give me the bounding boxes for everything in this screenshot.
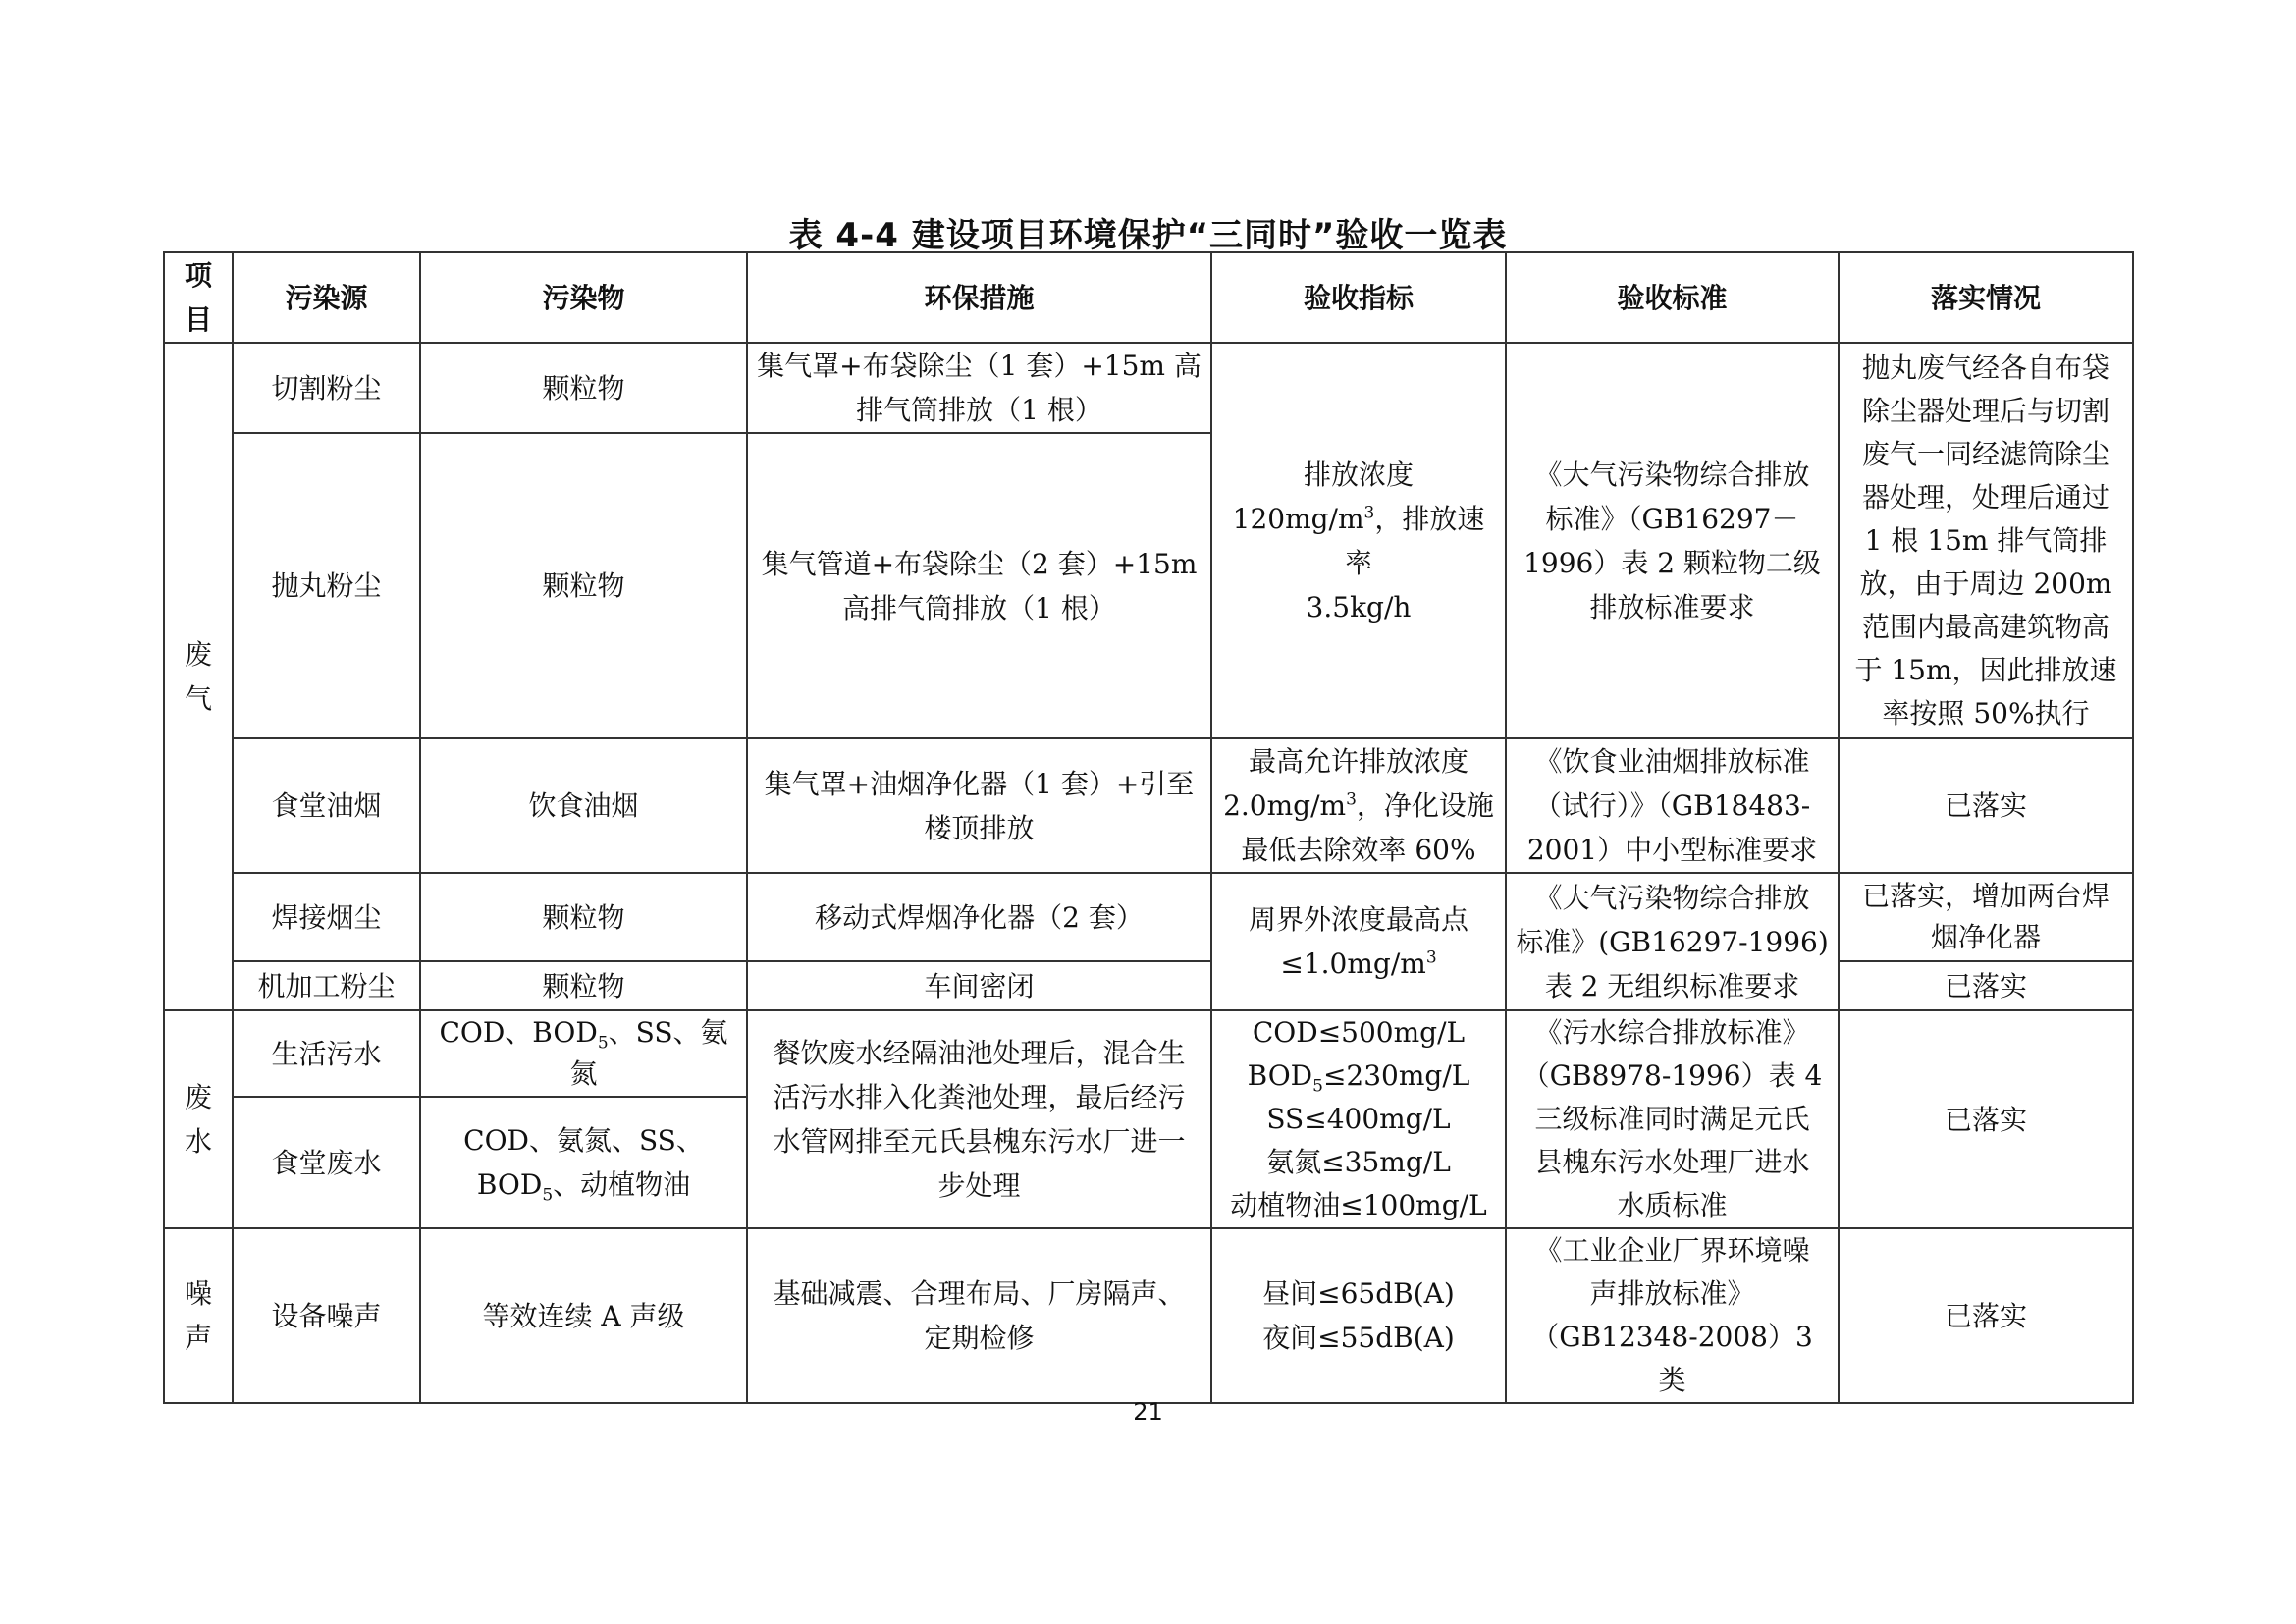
pollutant-cell: 颗粒物 (420, 961, 747, 1010)
standard-cell: 《污水综合排放标准》 （GB8978-1996）表 4 三级标准同时满足元氏 县… (1506, 1010, 1839, 1228)
measures-cell: 集气罩+布袋除尘（1 套）+15m 高 排气筒排放（1 根） (747, 343, 1211, 433)
table-row: 食堂油烟 饮食油烟 集气罩+油烟净化器（1 套）+引至 楼顶排放 最高允许排放浓… (164, 738, 2133, 873)
pollutant-cell: COD、BOD5、SS、氨 氮 (420, 1010, 747, 1097)
subscript: 5 (598, 1034, 609, 1054)
indicator-line: 最高允许排放浓度 (1249, 745, 1468, 778)
indicator-line: 动植物油≤100mg/L (1230, 1189, 1486, 1221)
source-cell: 食堂废水 (233, 1097, 420, 1228)
indicator-cell: 排放浓度 120mg/m3，排放速率 3.5kg/h (1211, 343, 1506, 738)
source-cell: 生活污水 (233, 1010, 420, 1097)
indicator-cell: COD≤500mg/L BOD5≤230mg/L SS≤400mg/L 氨氮≤3… (1211, 1010, 1506, 1228)
table-row: 机加工粉尘 颗粒物 车间密闭 已落实 (164, 961, 2133, 1010)
status-cell: 已落实 (1839, 738, 2133, 873)
group-waste-gas: 废 气 (164, 343, 233, 1010)
pollutant-cell: 颗粒物 (420, 873, 747, 961)
measures-cell: 集气罩+油烟净化器（1 套）+引至 楼顶排放 (747, 738, 1211, 873)
status-cell: 已落实 (1839, 961, 2133, 1010)
standard-cell: 《工业企业厂界环境噪 声排放标准》 （GB12348-2008）3 类 (1506, 1228, 1839, 1403)
superscript: 3 (1426, 948, 1437, 968)
page-number: 21 (0, 1398, 2296, 1426)
measures-cell: 车间密闭 (747, 961, 1211, 1010)
measures-cell: 移动式焊烟净化器（2 套） (747, 873, 1211, 961)
indicator-line: COD≤500mg/L (1253, 1016, 1465, 1049)
source-cell: 焊接烟尘 (233, 873, 420, 961)
subscript: 5 (1312, 1077, 1323, 1097)
standard-cell: 《大气污染物综合排放 标准》(GB16297-1996) 表 2 无组织标准要求 (1506, 873, 1839, 1010)
indicator-cell: 昼间≤65dB(A) 夜间≤55dB(A) (1211, 1228, 1506, 1403)
indicator-line: 氨氮≤35mg/L (1266, 1146, 1451, 1178)
header-measures: 环保措施 (747, 252, 1211, 343)
pollutant-cell: COD、氨氮、SS、 BOD5、动植物油 (420, 1097, 747, 1228)
indicator-cell: 周界外浓度最高点 ≤1.0mg/m3 (1211, 873, 1506, 1010)
source-cell: 抛丸粉尘 (233, 433, 420, 738)
indicator-line: 2.0mg/m (1223, 789, 1346, 822)
table-row: 噪 声 设备噪声 等效连续 A 声级 基础减震、合理布局、厂房隔声、 定期检修 … (164, 1228, 2133, 1403)
status-cell: 已落实 (1839, 1228, 2133, 1403)
superscript: 3 (1364, 503, 1375, 522)
subscript: 5 (542, 1186, 553, 1206)
indicator-line: 最低去除效率 60% (1241, 834, 1475, 866)
pollutant-cell: 颗粒物 (420, 343, 747, 433)
indicator-line: BOD (1248, 1059, 1313, 1092)
indicator-line: SS≤400mg/L (1266, 1103, 1450, 1135)
indicator-cell: 最高允许排放浓度 2.0mg/m3，净化设施 最低去除效率 60% (1211, 738, 1506, 873)
indicator-line: 3.5kg/h (1307, 591, 1412, 623)
pollutant-text: 、动植物油 (553, 1168, 690, 1201)
header-status: 落实情况 (1839, 252, 2133, 343)
source-cell: 机加工粉尘 (233, 961, 420, 1010)
indicator-line: ，净化设施 (1357, 789, 1494, 822)
header-pollutant: 污染物 (420, 252, 747, 343)
superscript: 3 (1346, 790, 1357, 810)
measures-cell: 集气管道+布袋除尘（2 套）+15m 高排气筒排放（1 根） (747, 433, 1211, 738)
status-cell: 抛丸废气经各自布袋 除尘器处理后与切割 废气一同经滤筒除尘 器处理，处理后通过 … (1839, 343, 2133, 738)
measures-cell: 基础减震、合理布局、厂房隔声、 定期检修 (747, 1228, 1211, 1403)
indicator-line: ≤1.0mg/m (1280, 947, 1425, 980)
status-cell: 已落实 (1839, 1010, 2133, 1228)
source-cell: 食堂油烟 (233, 738, 420, 873)
acceptance-table: 项 目 污染源 污染物 环保措施 验收指标 验收标准 落实情况 废 气 切割粉尘… (163, 251, 2134, 1404)
indicator-line: ≤230mg/L (1323, 1059, 1469, 1092)
group-noise: 噪 声 (164, 1228, 233, 1403)
status-cell: 已落实，增加两台焊 烟净化器 (1839, 873, 2133, 961)
standard-cell: 《饮食业油烟排放标准 （试行）》（GB18483- 2001）中小型标准要求 (1506, 738, 1839, 873)
pollutant-cell: 颗粒物 (420, 433, 747, 738)
indicator-line: 120mg/m (1233, 503, 1364, 535)
header-row: 项 目 污染源 污染物 环保措施 验收指标 验收标准 落实情况 (164, 252, 2133, 343)
header-indicator: 验收指标 (1211, 252, 1506, 343)
pollutant-text: COD、BOD (439, 1016, 597, 1049)
header-category: 项 目 (164, 252, 233, 343)
pollutant-cell: 等效连续 A 声级 (420, 1228, 747, 1403)
indicator-line: 周界外浓度最高点 (1249, 903, 1468, 936)
standard-cell: 《大气污染物综合排放 标准》（GB16297－ 1996）表 2 颗粒物二级 排… (1506, 343, 1839, 738)
table-row: 废 水 生活污水 COD、BOD5、SS、氨 氮 餐饮废水经隔油池处理后，混合生… (164, 1010, 2133, 1097)
group-waste-water: 废 水 (164, 1010, 233, 1228)
header-standard: 验收标准 (1506, 252, 1839, 343)
pollutant-cell: 饮食油烟 (420, 738, 747, 873)
table-title: 表 4-4 建设项目环境保护“三同时”验收一览表 (0, 208, 2296, 256)
source-cell: 切割粉尘 (233, 343, 420, 433)
table-row: 废 气 切割粉尘 颗粒物 集气罩+布袋除尘（1 套）+15m 高 排气筒排放（1… (164, 343, 2133, 433)
measures-cell: 餐饮废水经隔油池处理后，混合生 活污水排入化粪池处理，最后经污 水管网排至元氏县… (747, 1010, 1211, 1228)
header-source: 污染源 (233, 252, 420, 343)
table-row: 焊接烟尘 颗粒物 移动式焊烟净化器（2 套） 周界外浓度最高点 ≤1.0mg/m… (164, 873, 2133, 961)
source-cell: 设备噪声 (233, 1228, 420, 1403)
indicator-line: 排放浓度 (1304, 459, 1414, 491)
